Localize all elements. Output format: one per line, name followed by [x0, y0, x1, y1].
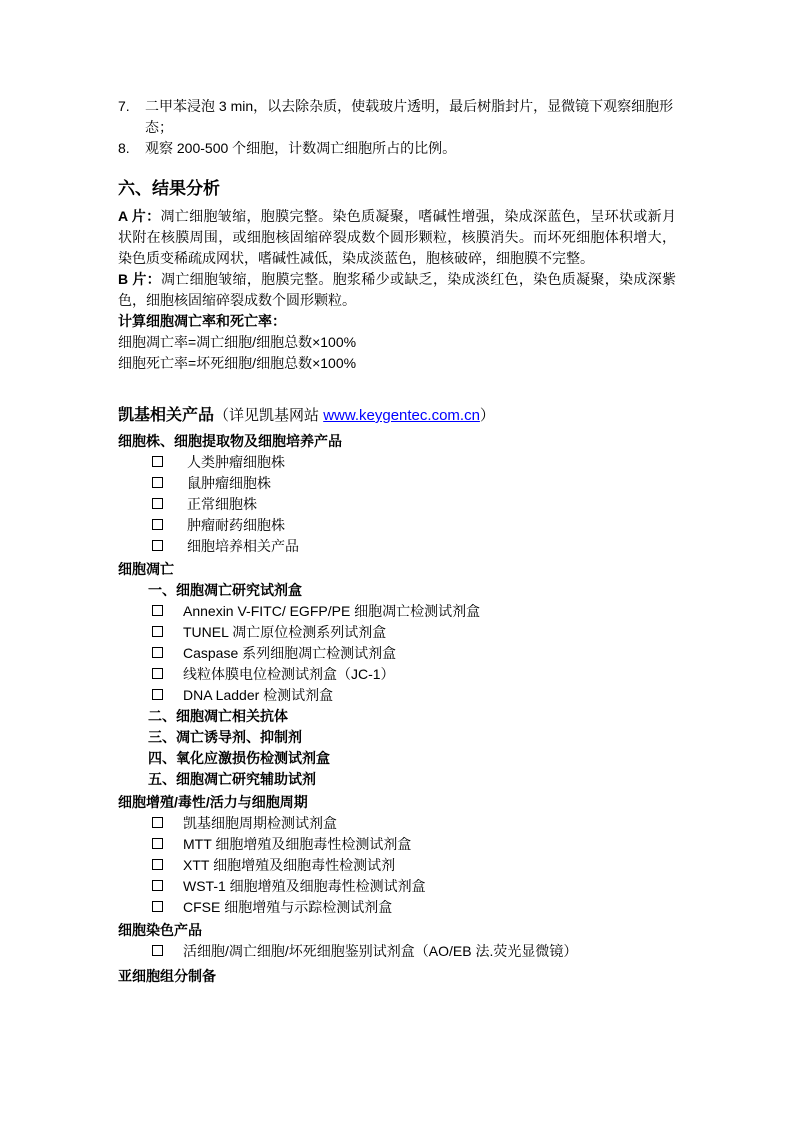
checkbox-icon	[152, 945, 163, 956]
product-list-item: DNA Ladder 检测试剂盒	[118, 685, 676, 706]
product-list-item: 人类肿瘤细胞株	[118, 452, 676, 473]
product-list-item: WST-1 细胞增殖及细胞毒性检测试剂盒	[118, 876, 676, 897]
document-content: 7. 二甲苯浸泡 3 min，以去除杂质，使载玻片透明，最后树脂封片，显微镜下观…	[118, 96, 676, 987]
website-link[interactable]: www.keygentec.com.cn	[323, 407, 480, 424]
slide-b-paragraph: B 片：凋亡细胞皱缩，胞膜完整。胞浆稀少或缺乏，染成淡红色，染色质凝聚，染成深紫…	[118, 269, 676, 311]
checkbox-icon	[152, 817, 163, 828]
product-item-label: Caspase 系列细胞凋亡检测试剂盒	[183, 645, 396, 661]
product-list-item: CFSE 细胞增殖与示踪检测试剂盒	[118, 897, 676, 918]
product-item-label: 线粒体膜电位检测试剂盒（JC-1）	[183, 666, 395, 682]
slide-a-label: A 片：	[118, 208, 160, 224]
checkbox-icon	[152, 838, 163, 849]
product-item-label: 鼠肿瘤细胞株	[187, 475, 271, 491]
checkbox-icon	[152, 901, 163, 912]
product-list-item: 凯基细胞周期检测试剂盒	[118, 813, 676, 834]
death-rate-formula: 细胞死亡率=坏死细胞/细胞总数×100%	[118, 353, 676, 374]
step-number: 7.	[118, 96, 145, 138]
product-item-label: Annexin V-FITC/ EGFP/PE 细胞凋亡检测试剂盒	[183, 603, 480, 619]
step-text: 二甲苯浸泡 3 min，以去除杂质，使载玻片透明，最后树脂封片，显微镜下观察细胞…	[145, 96, 676, 138]
checkbox-icon	[152, 689, 163, 700]
product-list-item: 活细胞/凋亡细胞/坏死细胞鉴别试剂盒（AO/EB 法.荧光显微镜）	[118, 941, 676, 962]
product-item-label: CFSE 细胞增殖与示踪检测试剂盒	[183, 899, 392, 915]
category-heading-proliferation: 细胞增殖/毒性/活力与细胞周期	[118, 792, 676, 813]
product-item-label: 正常细胞株	[187, 496, 257, 512]
checkbox-icon	[152, 477, 163, 488]
checkbox-icon	[152, 647, 163, 658]
procedure-step: 7. 二甲苯浸泡 3 min，以去除杂质，使载玻片透明，最后树脂封片，显微镜下观…	[118, 96, 676, 138]
category-heading-staining: 细胞染色产品	[118, 920, 676, 941]
product-list-item: 线粒体膜电位检测试剂盒（JC-1）	[118, 664, 676, 685]
slide-b-text: 凋亡细胞皱缩，胞膜完整。胞浆稀少或缺乏，染成淡红色，染色质凝聚，染成深紫色，细胞…	[118, 271, 676, 308]
product-item-label: 活细胞/凋亡细胞/坏死细胞鉴别试剂盒（AO/EB 法.荧光显微镜）	[183, 943, 577, 959]
category-heading-apoptosis: 细胞凋亡	[118, 559, 676, 580]
product-list-item: MTT 细胞增殖及细胞毒性检测试剂盒	[118, 834, 676, 855]
step-text: 观察 200-500 个细胞，计数凋亡细胞所占的比例。	[145, 138, 676, 159]
subcategory-heading-1: 一、细胞凋亡研究试剂盒	[118, 580, 676, 601]
checkbox-icon	[152, 605, 163, 616]
checkbox-icon	[152, 498, 163, 509]
product-list-item: TUNEL 凋亡原位检测系列试剂盒	[118, 622, 676, 643]
checkbox-icon	[152, 519, 163, 530]
results-section-heading: 六、结果分析	[118, 176, 676, 202]
product-item-label: MTT 细胞增殖及细胞毒性检测试剂盒	[183, 836, 411, 852]
products-section-title-row: 凯基相关产品（详见凯基网站 www.keygentec.com.cn）	[118, 402, 676, 429]
procedure-step: 8. 观察 200-500 个细胞，计数凋亡细胞所占的比例。	[118, 138, 676, 159]
subcategory-heading-5: 五、细胞凋亡研究辅助试剂	[118, 769, 676, 790]
step-number: 8.	[118, 138, 145, 159]
products-note-suffix: ）	[480, 407, 495, 424]
checkbox-icon	[152, 859, 163, 870]
product-list-item: 正常细胞株	[118, 494, 676, 515]
slide-a-paragraph: A 片：凋亡细胞皱缩，胞膜完整。染色质凝聚，嗜碱性增强，染成深蓝色，呈环状或新月…	[118, 206, 676, 269]
subcategory-heading-3: 三、凋亡诱导剂、抑制剂	[118, 727, 676, 748]
product-item-label: WST-1 细胞增殖及细胞毒性检测试剂盒	[183, 878, 426, 894]
document-page: 7. 二甲苯浸泡 3 min，以去除杂质，使载玻片透明，最后树脂封片，显微镜下观…	[0, 0, 794, 1123]
product-item-label: 肿瘤耐药细胞株	[187, 517, 285, 533]
slide-a-text: 凋亡细胞皱缩，胞膜完整。染色质凝聚，嗜碱性增强，染成深蓝色，呈环状或新月状附在核…	[118, 208, 676, 266]
product-list-item: XTT 细胞增殖及细胞毒性检测试剂	[118, 855, 676, 876]
product-list-item: 细胞培养相关产品	[118, 536, 676, 557]
product-list-item: Caspase 系列细胞凋亡检测试剂盒	[118, 643, 676, 664]
product-item-label: DNA Ladder 检测试剂盒	[183, 687, 333, 703]
products-note-prefix: （详见凯基网站	[214, 407, 323, 424]
products-section-title: 凯基相关产品	[118, 407, 214, 424]
product-item-label: 人类肿瘤细胞株	[187, 454, 285, 470]
product-item-label: TUNEL 凋亡原位检测系列试剂盒	[183, 624, 386, 640]
checkbox-icon	[152, 880, 163, 891]
checkbox-icon	[152, 540, 163, 551]
product-item-label: 细胞培养相关产品	[187, 538, 299, 554]
apoptosis-rate-formula: 细胞凋亡率=凋亡细胞/细胞总数×100%	[118, 332, 676, 353]
product-item-label: 凯基细胞周期检测试剂盒	[183, 815, 337, 831]
product-list-item: 鼠肿瘤细胞株	[118, 473, 676, 494]
checkbox-icon	[152, 626, 163, 637]
subcategory-heading-4: 四、氧化应激损伤检测试剂盒	[118, 748, 676, 769]
category-heading-cell-lines: 细胞株、细胞提取物及细胞培养产品	[118, 431, 676, 452]
checkbox-icon	[152, 668, 163, 679]
calculation-heading: 计算细胞凋亡率和死亡率：	[118, 311, 676, 332]
checkbox-icon	[152, 456, 163, 467]
product-item-label: XTT 细胞增殖及细胞毒性检测试剂	[183, 857, 395, 873]
category-heading-subcellular: 亚细胞组分制备	[118, 966, 676, 987]
subcategory-heading-2: 二、细胞凋亡相关抗体	[118, 706, 676, 727]
product-list-item: 肿瘤耐药细胞株	[118, 515, 676, 536]
product-list-item: Annexin V-FITC/ EGFP/PE 细胞凋亡检测试剂盒	[118, 601, 676, 622]
slide-b-label: B 片：	[118, 271, 161, 287]
